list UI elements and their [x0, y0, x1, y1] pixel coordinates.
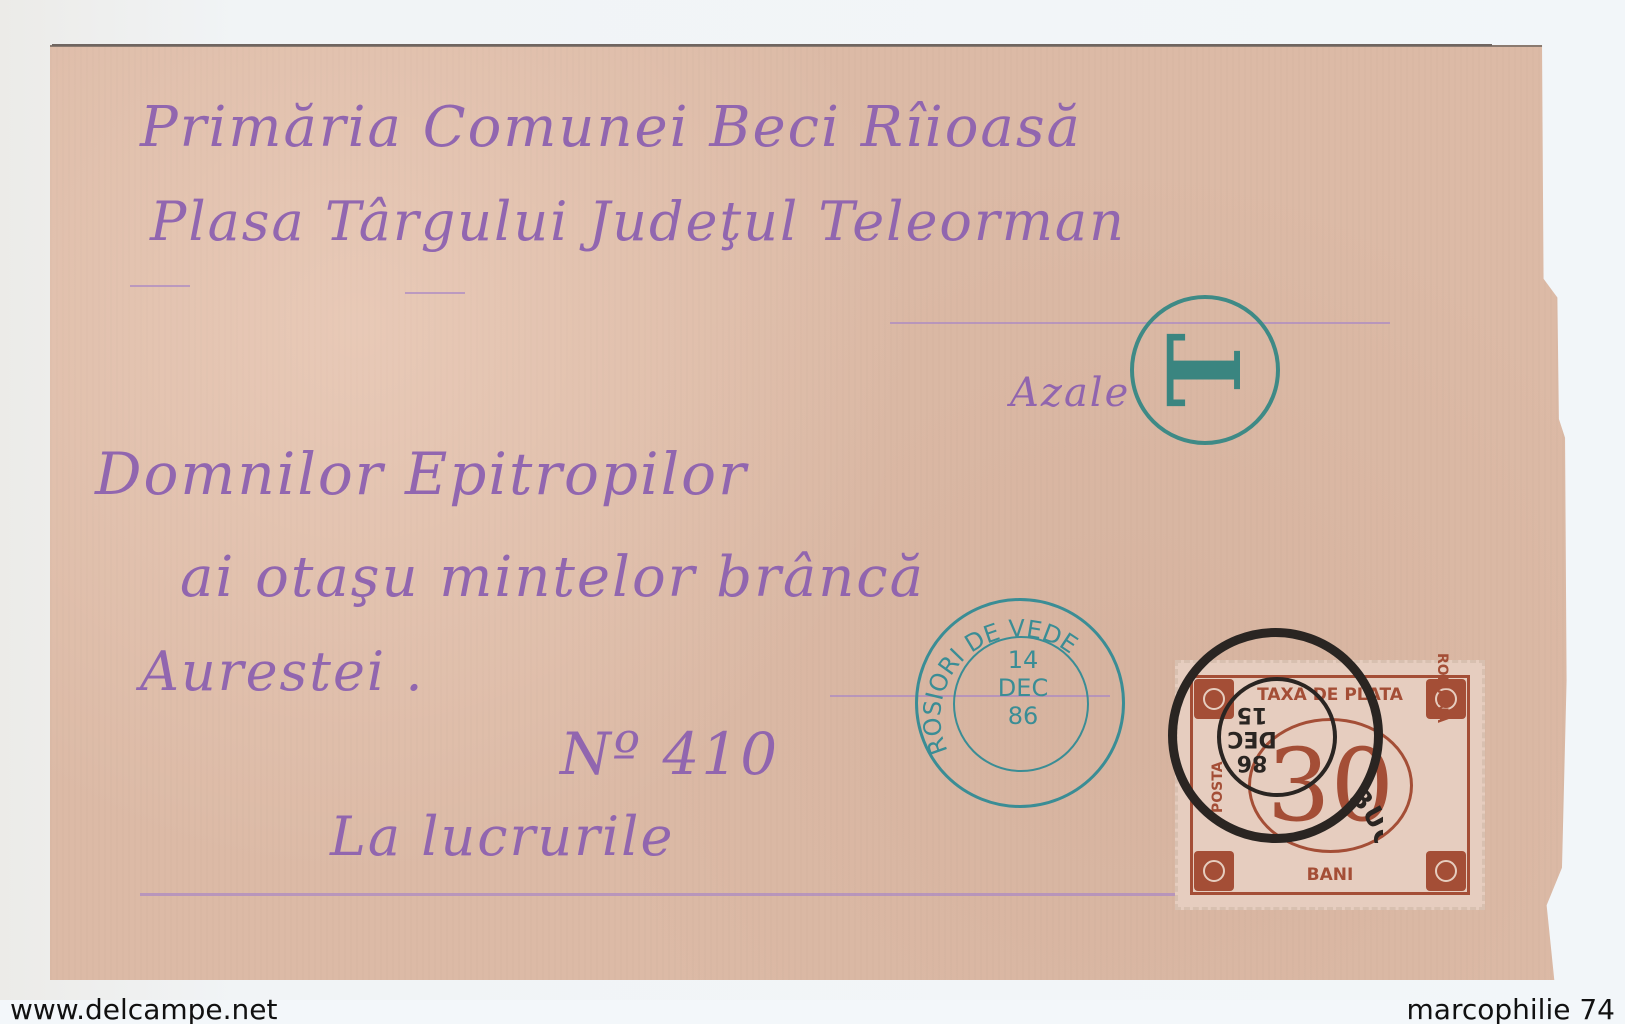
address-line-7: La lucrurile: [330, 805, 674, 868]
underline-stroke: [130, 285, 190, 287]
address-line-3: Domnilor Epitropilor: [95, 440, 748, 508]
underline-stroke: [890, 322, 1390, 324]
tax-mark-letter: T: [1146, 333, 1264, 407]
address-line-superscript: Azale: [1010, 370, 1130, 416]
blue-postmark: ROSIORI DE VEDE 14 DEC 86: [915, 598, 1125, 808]
address-line-1: Primăria Comunei Beci Rîioasă: [140, 95, 1082, 160]
underline-stroke: [405, 292, 465, 294]
black-postmark: BUCURESTI ★ BURSA 86 DEC 15: [1168, 628, 1383, 843]
address-line-2: Plasa Târgului Judeţul Teleorman: [150, 190, 1126, 253]
black-postmark-date: 86 DEC 15: [1212, 702, 1292, 774]
reference-number: Nº 410: [560, 720, 779, 788]
address-line-4: ai otaşu mintelor brâncă: [180, 545, 925, 610]
stamp-corner-ornament: [1194, 851, 1234, 891]
tax-mark-stamp: T: [1130, 295, 1280, 445]
stamp-bottom-label: BANI: [1238, 865, 1422, 885]
underline-stroke: [140, 893, 1180, 896]
address-line-5: Aurestei .: [140, 640, 425, 703]
stamp-right-label: ROMANA: [1434, 653, 1450, 723]
stamp-corner-ornament: [1426, 851, 1466, 891]
blue-postmark-date: 14 DEC 86: [978, 646, 1068, 730]
watermark-marcophilie: marcophilie 74: [1407, 993, 1615, 1024]
envelope-top-edge: [52, 44, 1492, 46]
watermark-delcampe: www.delcampe.net: [10, 993, 278, 1024]
